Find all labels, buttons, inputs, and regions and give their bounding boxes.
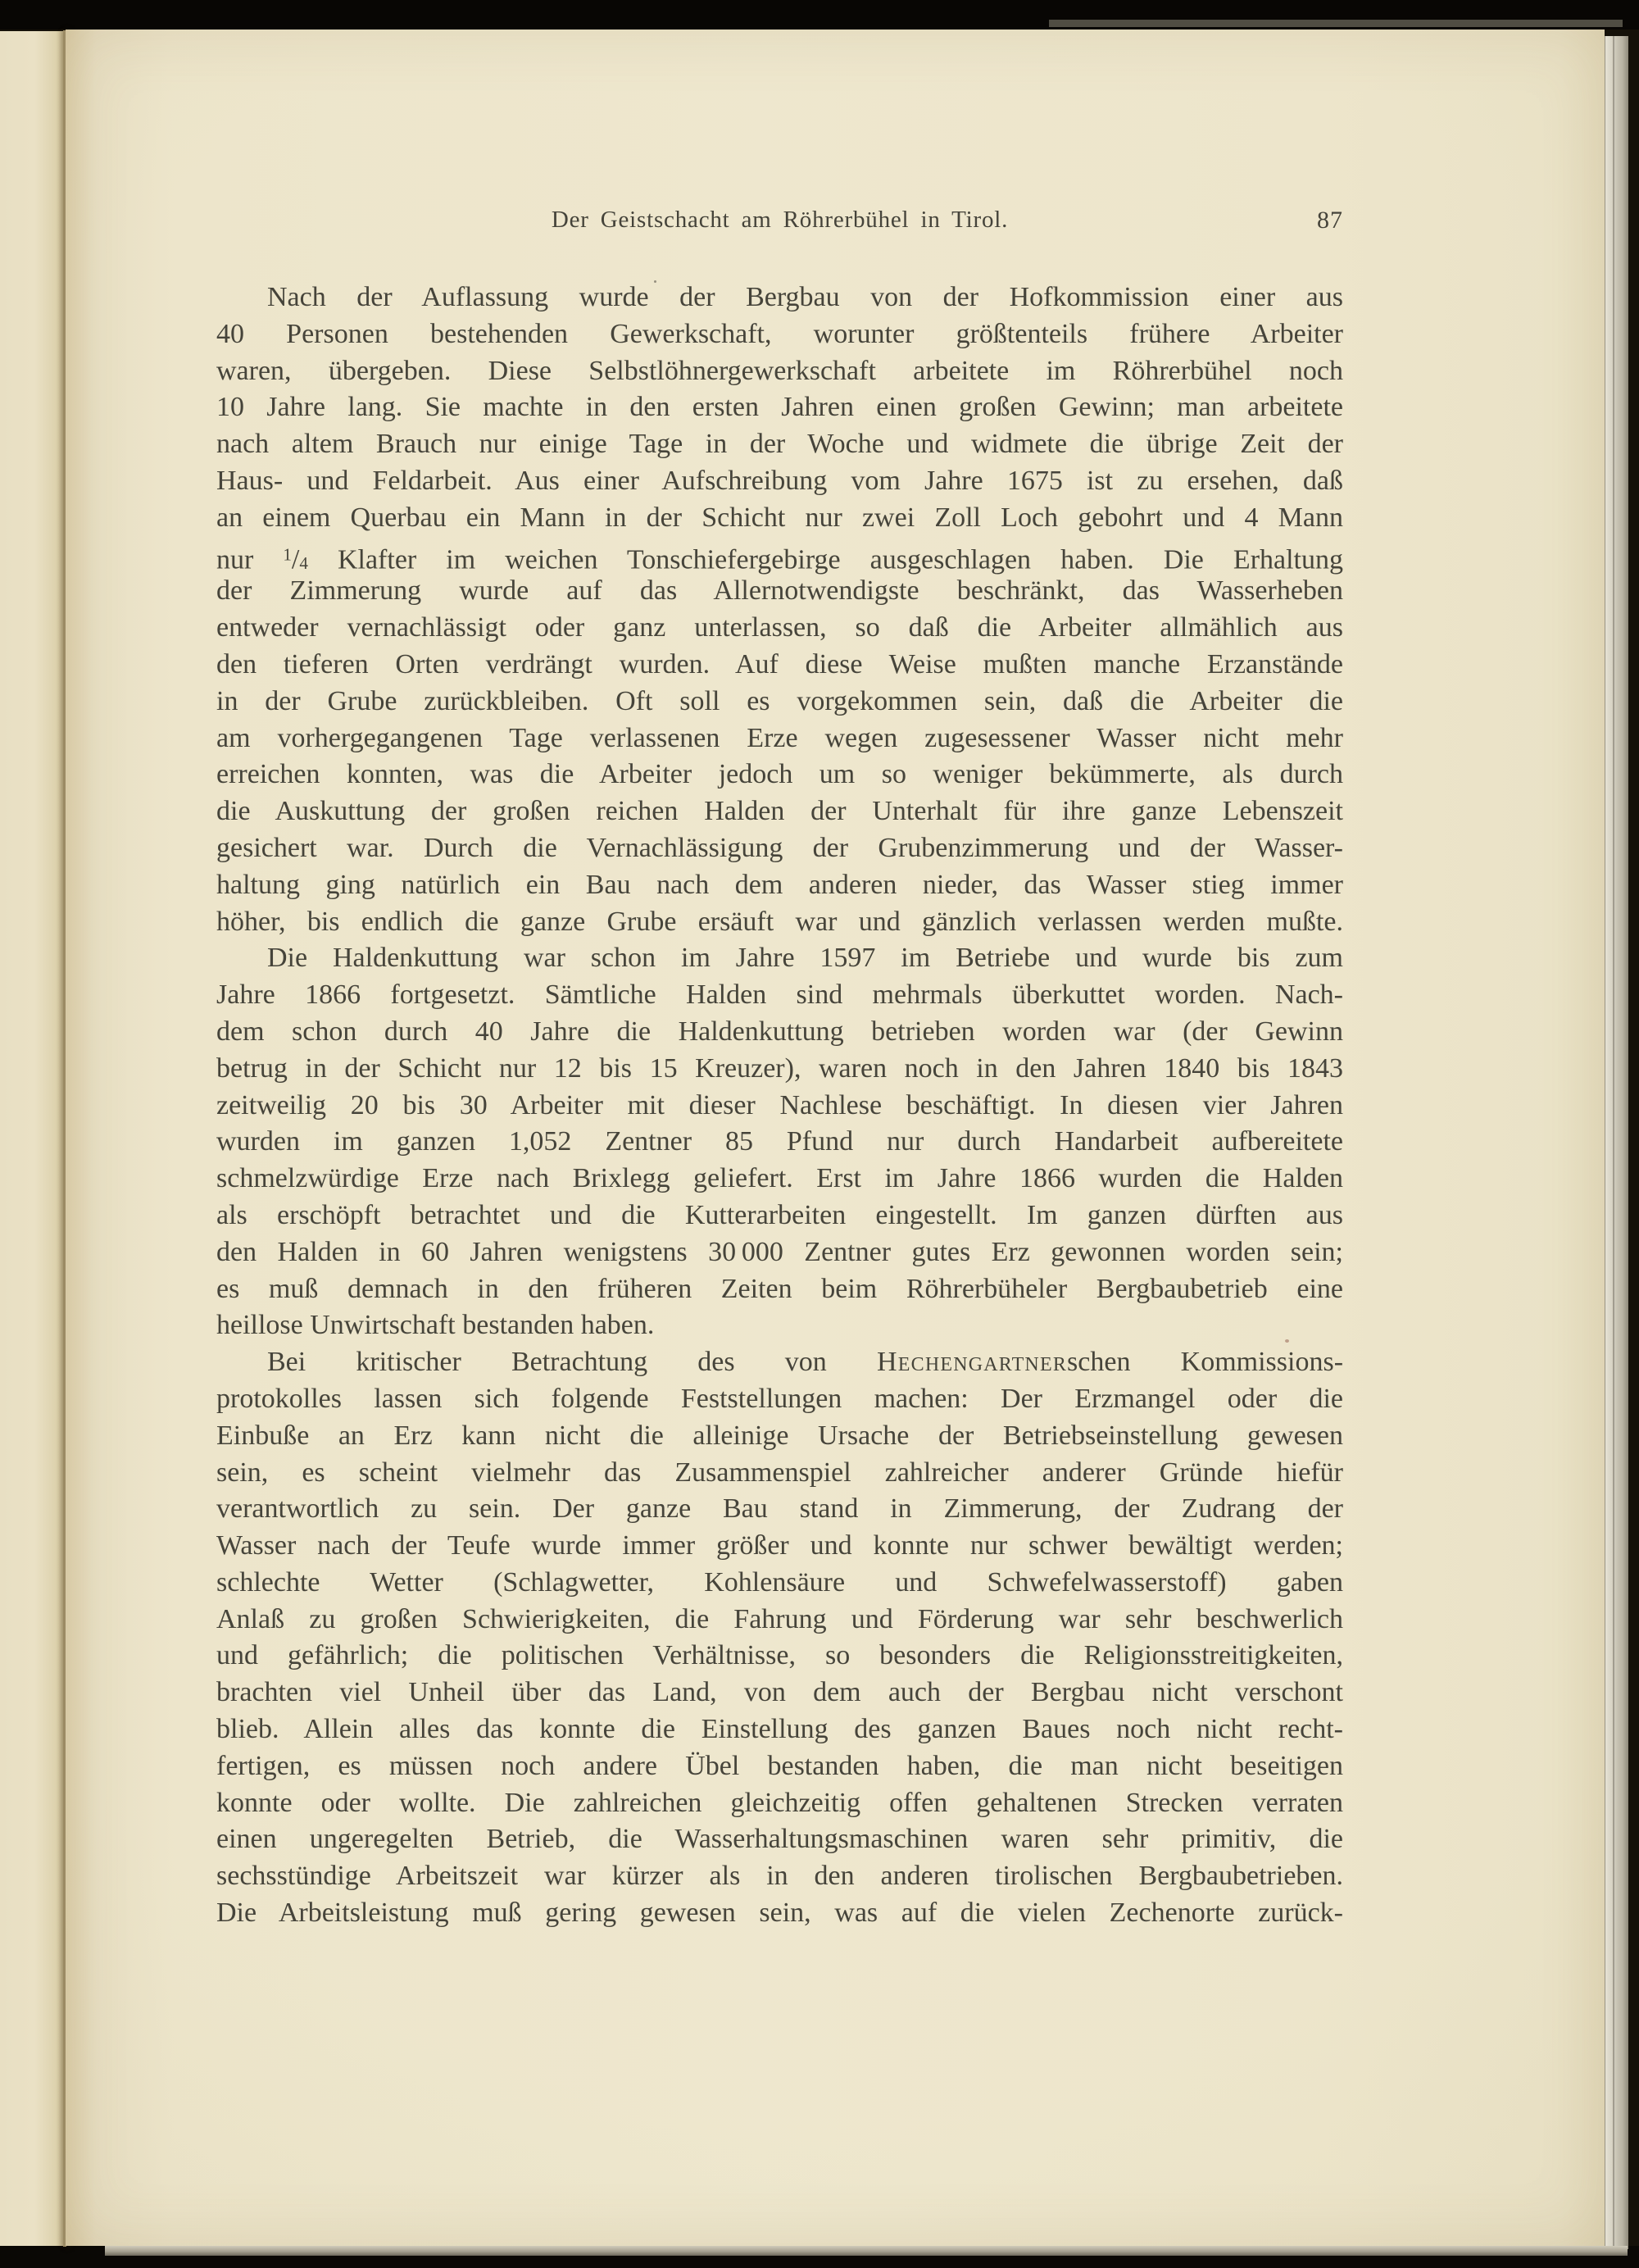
book-page: Der Geistschacht am Röhrerbühel in Tirol… [66,30,1605,2246]
paragraph-1: Nach der Auflassung wurde der Bergbau vo… [216,280,1343,940]
text-line: fertigen, es müssen noch andere Übel bes… [216,1748,1343,1785]
text-line: einen ungeregelten Betrieb, die Wasserha… [216,1821,1343,1858]
right-page-edge-stack [1605,36,1628,2249]
text-line: waren, übergeben. Diese Selbstlöhnergewe… [216,353,1343,390]
facing-page-edge [0,31,63,2246]
text-line: heillose Unwirtschaft bestanden haben. [216,1307,1343,1344]
text-line: verantwortlich zu sein. Der ganze Bau st… [216,1491,1343,1528]
text-line: Wasser nach der Teufe wurde immer größer… [216,1528,1343,1565]
text-line: Die Haldenkuttung war schon im Jahre 159… [216,940,1343,977]
text-line: dem schon durch 40 Jahre die Haldenkuttu… [216,1014,1343,1051]
page-header: Der Geistschacht am Röhrerbühel in Tirol… [216,207,1343,243]
text-line: gesichert war. Durch die Vernachlässigun… [216,830,1343,867]
text-line: protokolles lassen sich folgende Festste… [216,1381,1343,1418]
text-line: 10 Jahre lang. Sie machte in den ersten … [216,389,1343,426]
text-line: haltung ging natürlich ein Bau nach dem … [216,867,1343,904]
running-title: Der Geistschacht am Röhrerbühel in Tirol… [216,207,1343,234]
text-line: 40 Personen bestehenden Gewerkschaft, wo… [216,316,1343,353]
text-line: blieb. Allein alles das konnte die Einst… [216,1711,1343,1748]
text-line: der Zimmerung wurde auf das Allernotwend… [216,573,1343,610]
text-line: am vorhergegangenen Tage verlassenen Erz… [216,720,1343,757]
book-scan-photo: Der Geistschacht am Röhrerbühel in Tirol… [0,0,1639,2268]
text-line: höher, bis endlich die ganze Grube ersäu… [216,904,1343,941]
text-line: den tieferen Orten verdrängt wurden. Auf… [216,647,1343,684]
text-line: Die Arbeitsleistung muß gering gewesen s… [216,1895,1343,1932]
body-text: Nach der Auflassung wurde der Bergbau vo… [216,280,1343,1932]
text-line: wurden im ganzen 1,052 Zentner 85 Pfund … [216,1124,1343,1161]
text-line: nach altem Brauch nur einige Tage in der… [216,426,1343,463]
text-line: schlechte Wetter (Schlagwetter, Kohlensä… [216,1565,1343,1602]
text-line: Anlaß zu großen Schwierigkeiten, die Fah… [216,1602,1343,1639]
text-line: brachten viel Unheil über das Land, von … [216,1675,1343,1711]
text-line: Einbuße an Erz kann nicht die alleinige … [216,1418,1343,1455]
text-line: es muß demnach in den früheren Zeiten be… [216,1271,1343,1308]
text-line: konnte oder wollte. Die zahlreichen glei… [216,1785,1343,1822]
text-line: betrug in der Schicht nur 12 bis 15 Kreu… [216,1051,1343,1088]
text-line: den Halden in 60 Jahren wenigstens 30 00… [216,1234,1343,1271]
paragraph-3: Bei kritischer Betrachtung des von Heche… [216,1344,1343,1932]
smallcaps-name: Hechengartner [877,1347,1067,1377]
text-line: schmelzwürdige Erze nach Brixlegg gelief… [216,1161,1343,1198]
bottom-page-edges [105,2246,1628,2256]
text-line: Haus- und Feldarbeit. Aus einer Aufschre… [216,463,1343,500]
text-line: an einem Querbau ein Mann in der Schicht… [216,500,1343,537]
top-page-edges [1049,20,1623,27]
text-line: sein, es scheint vielmehr das Zusammensp… [216,1455,1343,1492]
paragraph-2: Die Haldenkuttung war schon im Jahre 159… [216,940,1343,1344]
text-line: Jahre 1866 fortgesetzt. Sämtliche Halden… [216,977,1343,1014]
text-line: und gefährlich; die politischen Verhältn… [216,1638,1343,1675]
text-line: zeitweilig 20 bis 30 Arbeiter mit dieser… [216,1088,1343,1125]
text-line: Nach der Auflassung wurde der Bergbau vo… [216,280,1343,316]
text-line: erreichen konnten, was die Arbeiter jedo… [216,757,1343,793]
text-line: nur 1/4 Klafter im weichen Tonschieferge… [216,537,1343,574]
text-line: entweder vernachlässigt oder ganz unterl… [216,610,1343,647]
text-line: sechsstündige Arbeitszeit war kürzer als… [216,1858,1343,1895]
text-line: Bei kritischer Betrachtung des von Heche… [216,1344,1343,1381]
text-line: die Auskuttung der großen reichen Halden… [216,793,1343,830]
page-number: 87 [1317,207,1343,234]
fraction-one-quarter: 1/4 [283,544,308,575]
text-line: als erschöpft betrachtet und die Kuttera… [216,1198,1343,1234]
text-line: in der Grube zurückbleiben. Oft soll es … [216,684,1343,720]
